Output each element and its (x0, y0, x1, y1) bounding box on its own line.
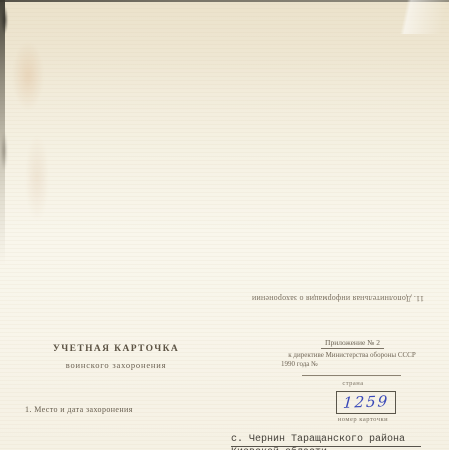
card-number-value: 1259 (342, 394, 389, 411)
scanned-card: 11. Дополнительная информация о захороне… (0, 0, 449, 450)
appendix-line3: 1990 года № (281, 360, 318, 368)
card-number-label: номер карточки (315, 416, 411, 423)
burial-place-line1: с. Чернин Таращанского района (231, 434, 405, 445)
card-subtitle: воинского захоронения (38, 360, 194, 370)
divider-line (302, 375, 401, 376)
appendix-reference: Приложение № 2 (285, 338, 420, 349)
fold-mark (354, 0, 449, 34)
rust-stain (6, 28, 50, 124)
country-label: страна (318, 380, 388, 387)
scanner-blotch (0, 2, 9, 38)
section-1-heading: 1. Место и дата захоронения (25, 405, 133, 414)
scanner-blotch (0, 126, 8, 176)
appendix-line2: к директиве Министерства обороны СССР (278, 351, 426, 359)
card-number-box: 1259 (336, 391, 396, 414)
flipped-section-label: 11. Дополнительная информация о захороне… (228, 290, 424, 303)
rust-stain (20, 118, 54, 238)
appendix-line1: Приложение № 2 (321, 338, 384, 349)
card-title: УЧЕТНАЯ КАРТОЧКА (38, 344, 194, 354)
